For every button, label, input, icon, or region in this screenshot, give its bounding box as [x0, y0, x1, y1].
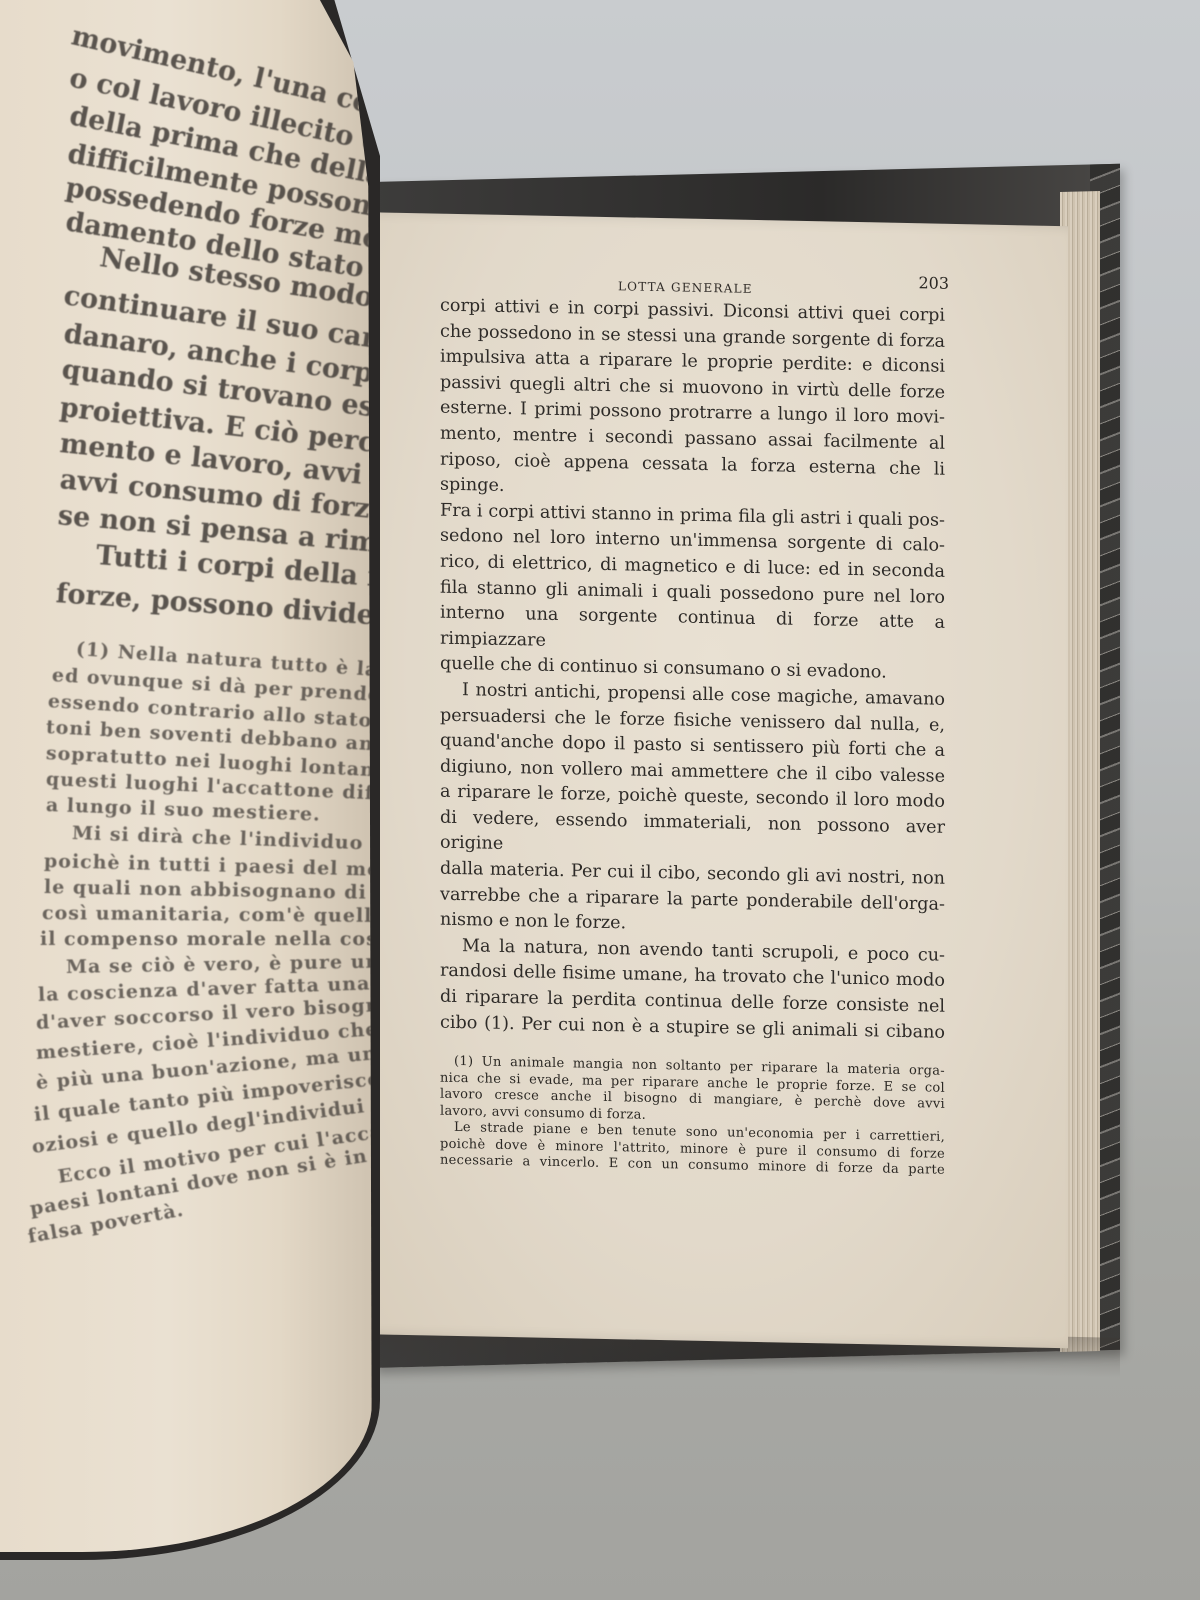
- right-page: LOTTA GENERALE 203 corpi attivi e in cor…: [358, 212, 1068, 1348]
- running-title: LOTTA GENERALE: [618, 279, 753, 296]
- page-number: 203: [918, 273, 949, 293]
- photo-scene: LOTTA GENERALE 203 corpi attivi e in cor…: [0, 0, 1200, 1600]
- footnote-line: così umanitaria, com'è quella del soccor…: [42, 902, 372, 928]
- footnote-line: il compenso morale nella coscienza d'ave…: [40, 928, 372, 950]
- left-page: movimento, l'una coll'elemosina (1), o o…: [0, 0, 372, 1552]
- body-text: corpi attivi e in corpi passivi. Diconsi…: [440, 294, 945, 1046]
- running-head: LOTTA GENERALE 203: [440, 262, 945, 294]
- left-page-text: movimento, l'una coll'elemosina (1), o o…: [0, 0, 372, 1552]
- footnotes: (1) Un animale mangia non soltanto per r…: [440, 1054, 945, 1180]
